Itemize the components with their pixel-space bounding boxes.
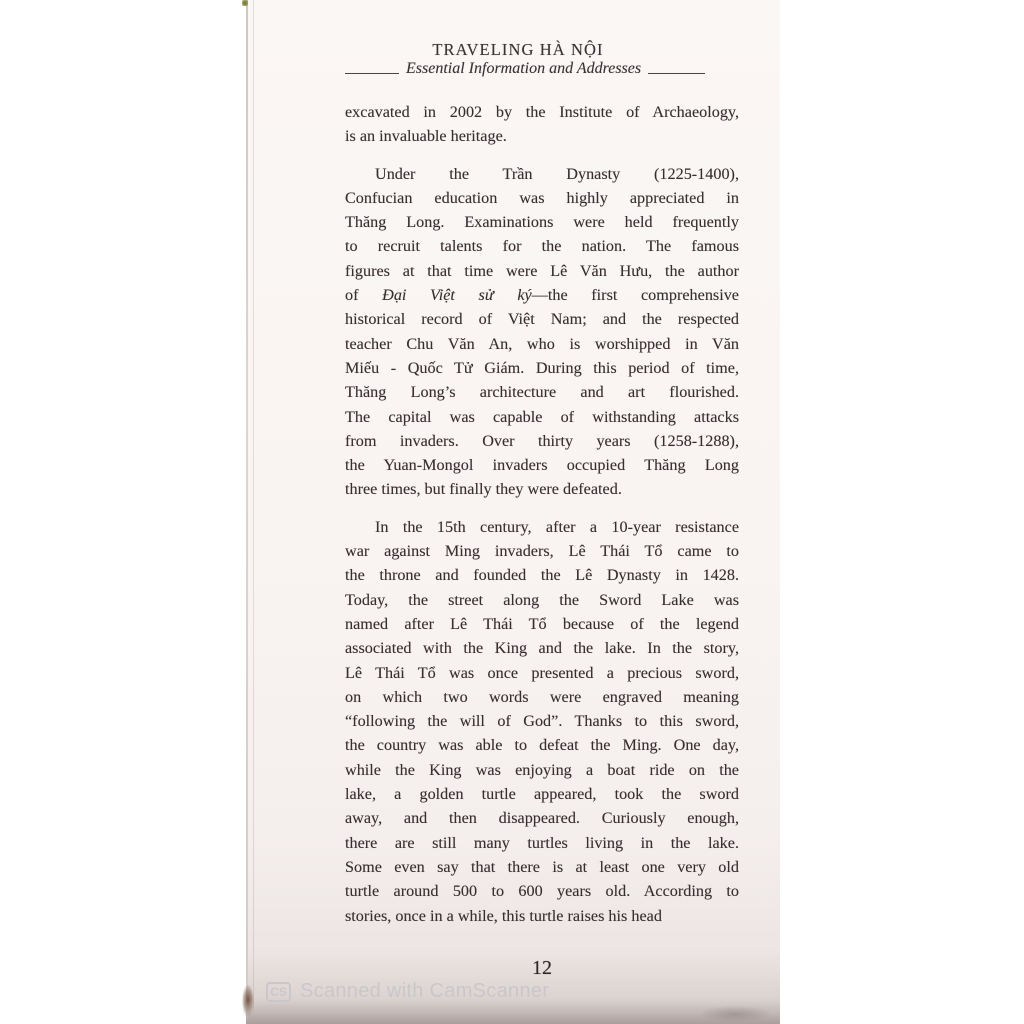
text-line: is an invaluable heritage.: [345, 124, 739, 148]
text-line: the Yuan-Mongol invaders occupied Thăng …: [345, 453, 739, 477]
text-line: Today, the street along the Sword Lake w…: [345, 588, 739, 612]
page-content: TRAVELING HÀ NỘI Essential Information a…: [345, 0, 739, 1024]
text-line: “following the will of God”. Thanks to t…: [345, 709, 739, 733]
text-line: associated with the King and the lake. I…: [345, 636, 739, 660]
page-left-edge-line: [246, 0, 248, 1024]
text-line: away, and then disappeared. Curiously en…: [345, 806, 739, 830]
text-line: the country was able to defeat the Ming.…: [345, 733, 739, 757]
text-line: Some even say that there is at least one…: [345, 855, 739, 879]
text-line: while the King was enjoying a boat ride …: [345, 758, 739, 782]
text-line: stories, once in a while, this turtle ra…: [345, 904, 739, 928]
paragraph: excavated in 2002 by the Institute of Ar…: [345, 100, 739, 149]
text-line: Thăng Long’s architecture and art flouri…: [345, 380, 739, 404]
text-line: war against Ming invaders, Lê Thái Tổ ca…: [345, 539, 739, 563]
text-line: the throne and founded the Lê Dynasty in…: [345, 563, 739, 587]
text-line: Thăng Long. Examinations were held frequ…: [345, 210, 739, 234]
running-head-subtitle-row: Essential Information and Addresses: [345, 60, 705, 78]
text-line: The capital was capable of withstanding …: [345, 405, 739, 429]
italic-book-title: Đại Việt sử ký: [382, 286, 532, 304]
paragraph: Under the Trần Dynasty (1225-1400),Confu…: [345, 162, 739, 502]
screenshot-root: TRAVELING HÀ NỘI Essential Information a…: [0, 0, 1024, 1024]
subtitle-rule-right: [648, 73, 705, 74]
text-line: three times, but finally they were defea…: [345, 477, 739, 501]
text-line: figures at that time were Lê Văn Hưu, th…: [345, 259, 739, 283]
text-line: Lê Thái Tổ was once presented a precious…: [345, 661, 739, 685]
body-text: excavated in 2002 by the Institute of Ar…: [345, 100, 739, 928]
text-line: named after Lê Thái Tổ because of the le…: [345, 612, 739, 636]
page-number: 12: [345, 957, 739, 980]
text-line: on which two words were engraved meaning: [345, 685, 739, 709]
paragraph: In the 15th century, after a 10-year res…: [345, 515, 739, 928]
text-line: Under the Trần Dynasty (1225-1400),: [345, 162, 739, 186]
camscanner-watermark: CS Scanned with CamScanner: [266, 980, 549, 1003]
text-line: to recruit talents for the nation. The f…: [345, 234, 739, 258]
text-segment: —the first comprehensive: [532, 286, 739, 304]
text-line: from invaders. Over thirty years (1258-1…: [345, 429, 739, 453]
text-line: In the 15th century, after a 10-year res…: [345, 515, 739, 539]
text-line: there are still many turtles living in t…: [345, 831, 739, 855]
text-line: of Đại Việt sử ký—the first comprehensiv…: [345, 283, 739, 307]
running-head-subtitle: Essential Information and Addresses: [399, 60, 648, 78]
text-line: turtle around 500 to 600 years old. Acco…: [345, 879, 739, 903]
text-line: Miếu - Quốc Tử Giám. During this period …: [345, 356, 739, 380]
camscanner-icon: CS: [266, 982, 291, 1002]
running-head-title: TRAVELING HÀ NỘI: [345, 40, 691, 60]
text-line: lake, a golden turtle appeared, took the…: [345, 782, 739, 806]
text-segment: of: [345, 286, 382, 304]
camscanner-watermark-text: Scanned with CamScanner: [300, 980, 549, 1003]
text-line: historical record of Việt Nam; and the r…: [345, 307, 739, 331]
subtitle-rule-left: [345, 73, 399, 74]
text-line: excavated in 2002 by the Institute of Ar…: [345, 100, 739, 124]
scan-artifact-top-speck: [242, 0, 248, 6]
text-line: Confucian education was highly appreciat…: [345, 186, 739, 210]
text-line: teacher Chu Văn An, who is worshipped in…: [345, 332, 739, 356]
